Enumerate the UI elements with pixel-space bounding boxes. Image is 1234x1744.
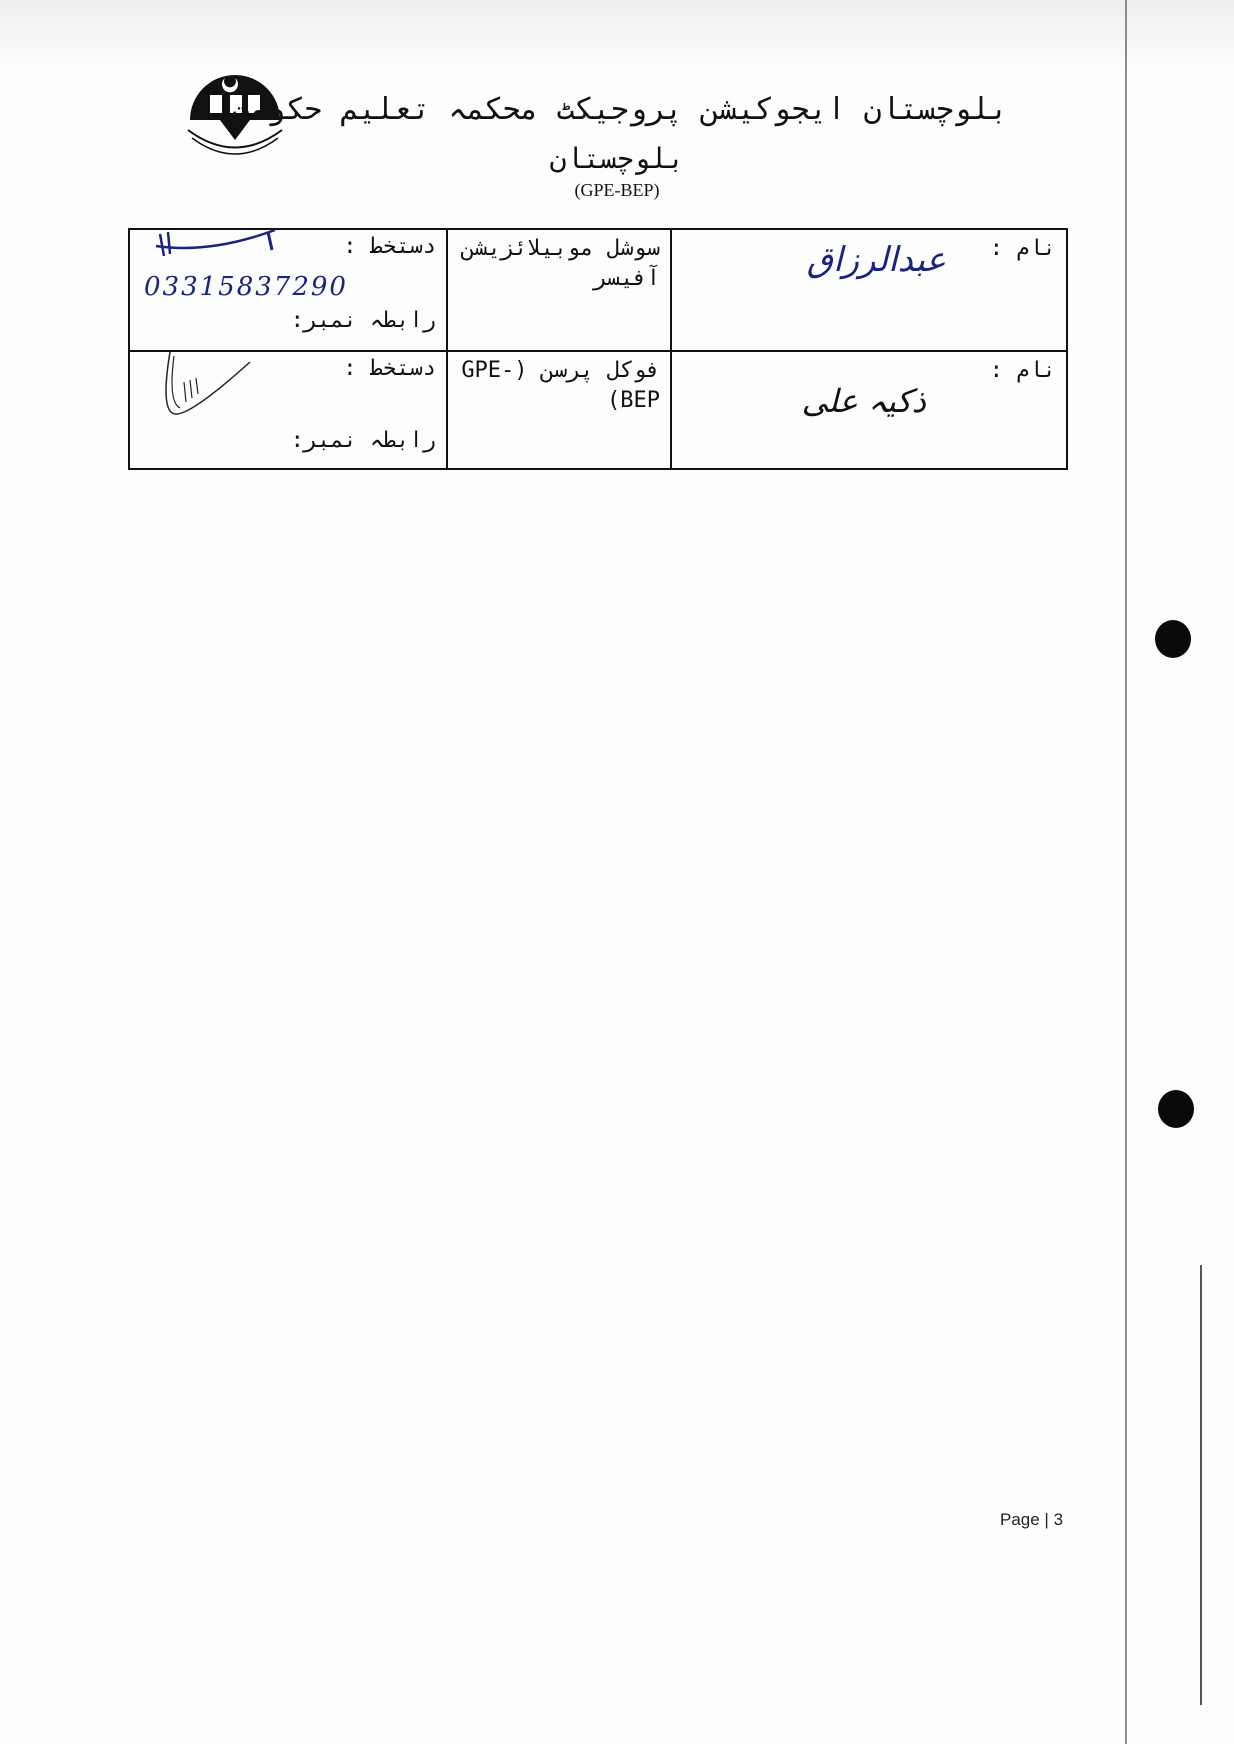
project-code: (GPE-BEP) — [0, 180, 1234, 201]
table-row: نام : عبدالرزاق سوشل موبیلائزیشن آفیسر د… — [130, 230, 1066, 352]
name-cell: نام : ذکیہ علی — [672, 352, 1066, 468]
page-edge-line — [1125, 0, 1127, 1744]
name-cell: نام : عبدالرزاق — [672, 230, 1066, 350]
signature-cell: دستخط : 03315837290 رابطہ نمبر: — [130, 230, 446, 350]
designation-cell: فوکل پرسن (GPE-BEP) — [448, 352, 670, 468]
signature-cell: دستخط : رابطہ نمبر: — [130, 352, 446, 468]
handwritten-name: عبدالرزاق — [807, 240, 946, 280]
signature-scribble-icon — [150, 224, 290, 264]
signatory-table: نام : عبدالرزاق سوشل موبیلائزیشن آفیسر د… — [128, 228, 1068, 470]
contact-number: 03315837290 — [144, 272, 348, 302]
margin-line — [1200, 1265, 1202, 1705]
punch-hole — [1158, 1090, 1194, 1128]
header-subtitle: بلوچستان — [0, 142, 1234, 175]
designation-cell: سوشل موبیلائزیشن آفیسر — [448, 230, 670, 350]
signature-scribble-icon — [150, 342, 270, 432]
header-title: بلوچستان ایجوکیشن پروجیکٹ محکمہ تعلیم حک… — [110, 92, 1130, 127]
punch-hole — [1155, 620, 1191, 658]
page-number: Page | 3 — [1000, 1510, 1063, 1530]
contact-label: رابطہ نمبر: — [291, 308, 436, 333]
handwritten-name: ذکیہ علی — [802, 382, 926, 420]
name-label: نام : — [682, 358, 1056, 383]
table-row: نام : ذکیہ علی فوکل پرسن (GPE-BEP) دستخط… — [130, 352, 1066, 468]
contact-label: رابطہ نمبر: — [291, 428, 436, 453]
